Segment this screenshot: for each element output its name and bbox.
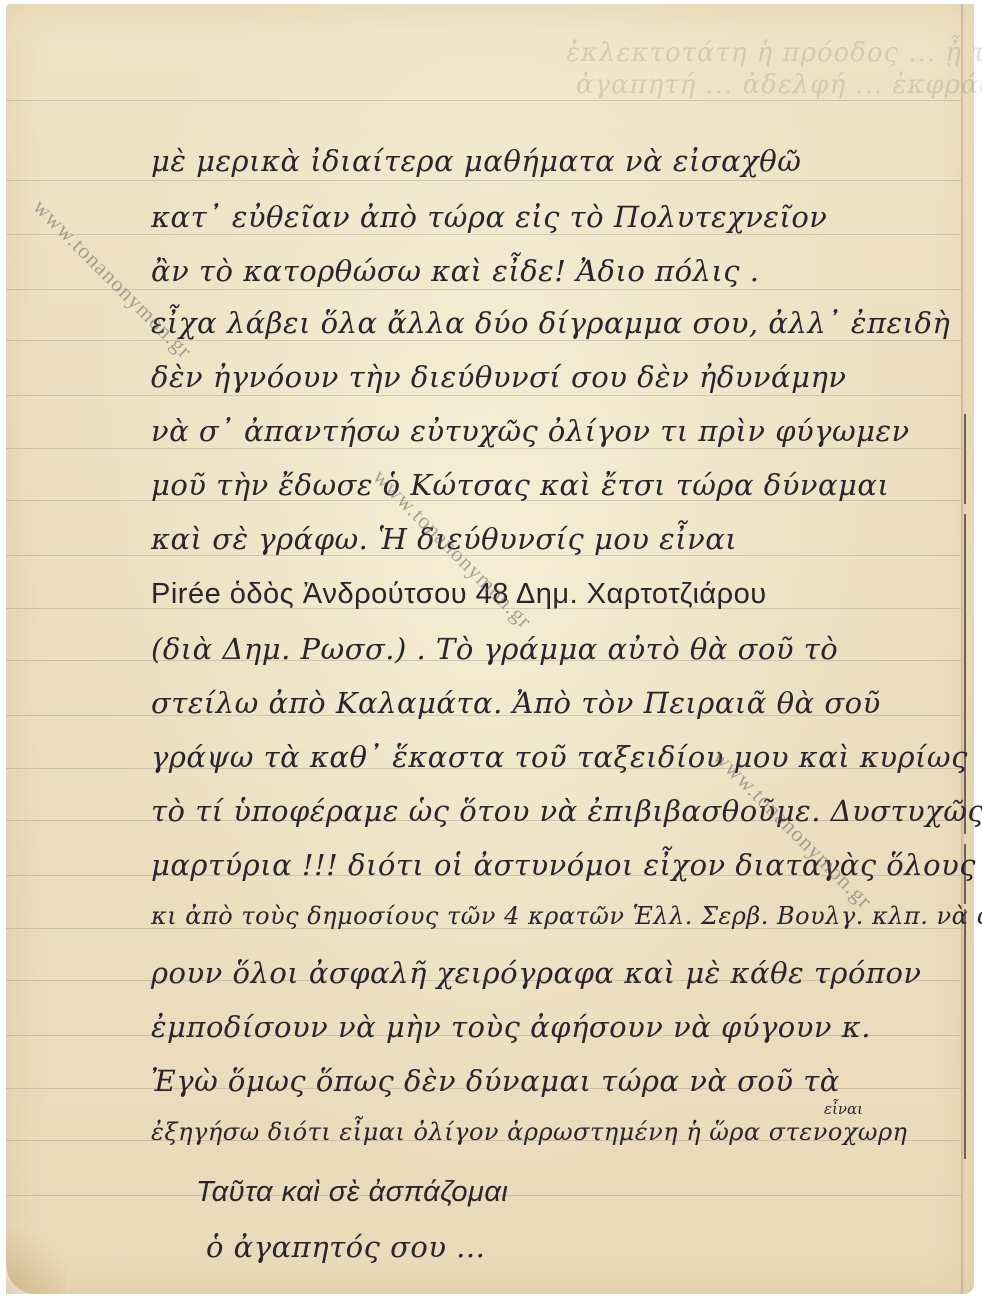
ruled-line — [6, 448, 961, 449]
letter-line: (διὰ Δημ. Ρωσσ.) . Τὸ γράμμα αὐτὸ θὰ σοῦ… — [151, 632, 838, 666]
signature-line: ὁ ἀγαπητός σου ... — [206, 1230, 485, 1264]
ruled-line — [6, 395, 961, 396]
letter-line: ἐμποδίσουν νὰ μὴν τοὺς ἀφήσουν νὰ φύγουν… — [151, 1010, 871, 1044]
binding-thread — [964, 909, 966, 1159]
ruled-line — [6, 340, 961, 341]
letter-line-address: Pirée ὁδὸς Ἀνδρούτσου 48 Δημ. Χαρτοτζιάρ… — [151, 578, 767, 611]
letter-line: εἶχα λάβει ὅλα ἄλλα δύο δίγραμμα σου, ἀλ… — [151, 306, 950, 340]
show-through-text: ἐκλεκτοτάτη ἡ πρόοδος ... ᾖ τὰ γράμματα — [566, 38, 982, 68]
letter-line: ἐξηγήσω διότι εἶμαι ὀλίγον ἀρρωστημένη ἡ… — [151, 1118, 907, 1146]
interlinear-insert: εἶναι — [824, 1100, 863, 1118]
letter-line: ἂν τὸ κατορθώσω καὶ εἶδε! Ἀδιο πόλις . — [151, 254, 760, 288]
ruled-line — [6, 180, 961, 181]
letter-line: κατ᾿ εὐθεῖαν ἀπὸ τώρα εἰς τὸ Πολυτεχνεῖο… — [151, 200, 827, 234]
letter-line: Ἐγὼ ὅμως ὅπως δὲν δύναμαι τώρα νὰ σοῦ τὰ — [151, 1064, 840, 1098]
ruled-line — [6, 234, 961, 235]
binding-thread — [964, 514, 966, 834]
letter-line: μὲ μερικὰ ἰδιαίτερα μαθήματα νὰ εἰσαχθῶ — [151, 144, 801, 178]
binding-thread — [964, 414, 966, 504]
ruled-line — [6, 100, 961, 101]
letter-line: νὰ σ᾿ ἀπαντήσω εὐτυχῶς ὀλίγον τι πρὶν φύ… — [151, 414, 910, 448]
letter-line: τὸ τί ὑποφέραμε ὡς ὅτου νὰ ἐπιβιβασθοῦμε… — [151, 794, 982, 828]
letter-line: δὲν ἠγνόουν τὴν διεύθυνσί σου δὲν ἠδυνάμ… — [151, 360, 847, 394]
letter-line: γράψω τὰ καθ᾿ ἕκαστα τοῦ ταξειδίου μου κ… — [151, 740, 968, 774]
closing-line: Ταῦτα καὶ σὲ ἀσπάζομαι — [196, 1176, 508, 1209]
letter-page: ἐκλεκτοτάτη ἡ πρόοδος ... ᾖ τὰ γράμματα … — [6, 4, 974, 1294]
show-through-text: ἀγαπητή ... ἀδελφή ... ἐκφράσεις — [576, 70, 982, 100]
letter-line: ρουν ὅλοι ἀσφαλῆ χειρόγραφα καὶ μὲ κάθε … — [151, 956, 922, 990]
ruled-line — [6, 289, 961, 290]
letter-line: στείλω ἀπὸ Καλαμάτα. Ἀπὸ τὸν Πειραιᾶ θὰ … — [151, 686, 881, 720]
letter-line: μοῦ τὴν ἔδωσε ὁ Κώτσας καὶ ἔτσι τώρα δύν… — [151, 468, 889, 502]
